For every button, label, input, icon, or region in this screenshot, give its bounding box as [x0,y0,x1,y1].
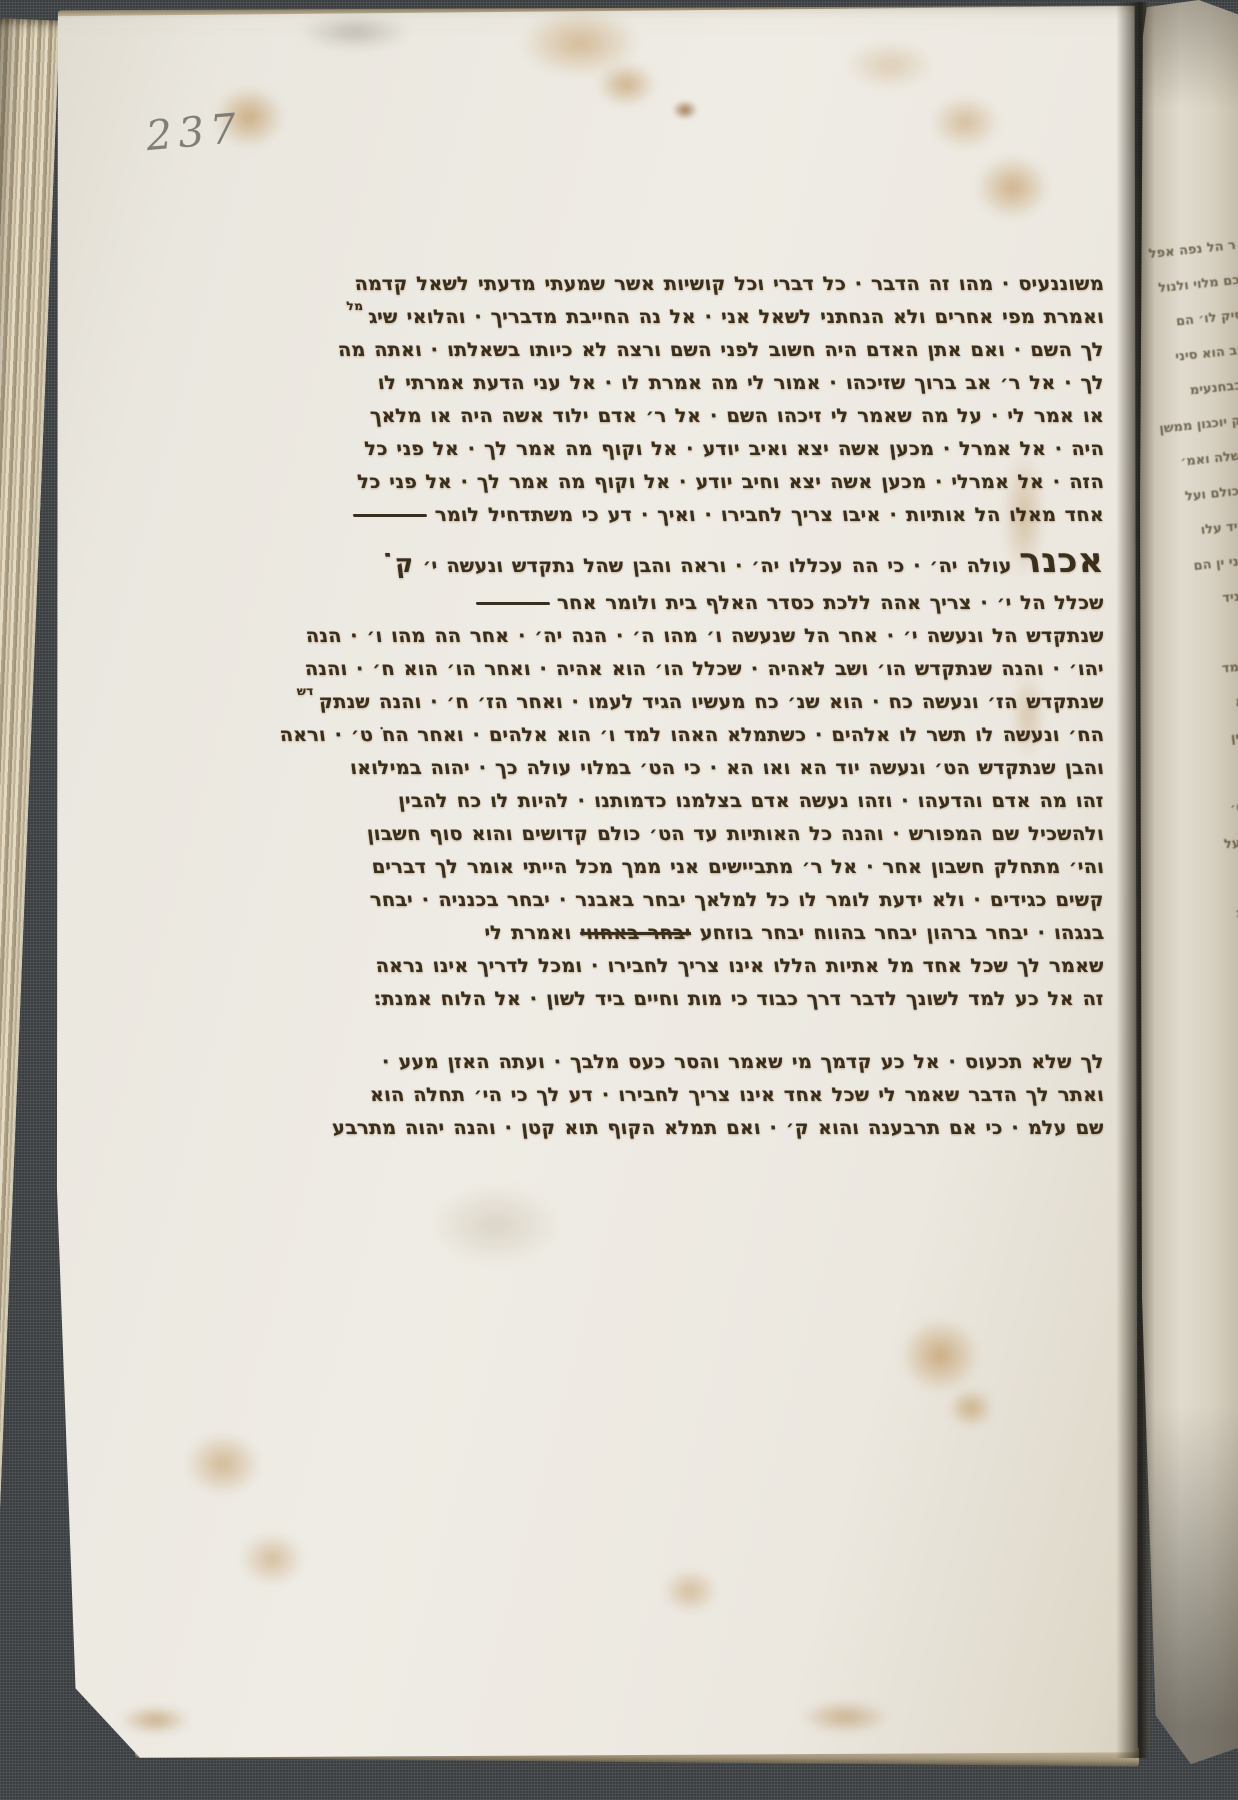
facing-page-text-fragment: נוס ארבע [1227,994,1238,1038]
facing-page-text-fragment: ר הל נפה אפל [1146,228,1237,272]
line-text-segment: הזה · אל אמרלי · מכען אשה יצא וחיב יודע … [356,471,1105,493]
book-fore-edge-pages [0,18,60,1767]
manuscript-page: 237 משוננעיס · מהו זה הדבר · כל דברי וכל… [0,0,1238,1800]
folio-number: 237 [144,104,244,160]
manuscript-line: קשים כגידים · ולא ידעת לומר לו כל למלאך … [360,884,1106,917]
facing-page-text-fragment: וזב הוא סיני [1157,332,1238,376]
manuscript-photo: 237 משוננעיס · מהו זה הדבר · כל דברי וכל… [0,0,1238,1800]
facing-page-text-fragment: למשלה ואמ׳ [1168,437,1238,481]
manuscript-line: והי׳ מתחלק חשבון אחר · אל ר׳ מתביישים אנ… [360,851,1106,884]
line-text-segment: היה · אל אמרל · מכען אשה יצא ואיב יודע ·… [363,438,1105,460]
manuscript-line: שנתקדש הז׳ ונעשה כח · הוא שנ׳ כח מעשיו ה… [360,686,1106,719]
foxing-stain [800,1700,890,1734]
facing-page-text-fragment: בפועד [1187,611,1238,655]
facing-page-text-fragment: הכבחנעימ [1161,367,1238,411]
facing-page-text-fragment: וה יניד עלו [1176,506,1238,550]
manuscript-line: ולהשכיל שם המפורש · והנה כל האותיות עד ה… [360,818,1106,851]
foxing-stain [900,1318,980,1393]
foxing-stain [930,95,1000,150]
line-text-segment: והי׳ מתחלק חשבון אחר · אל ר׳ מתביישים אנ… [370,856,1105,878]
line-text-segment: שנתקדש הל ונעשה י׳ · אחר הל שנעשה ו׳ מהו… [305,625,1106,647]
manuscript-line: אכנר עולה יה׳ · כי הה עכללו יה׳ · וראה ו… [359,537,1107,587]
line-text-segment: שאמר לך שכל אחד מל אתיות הללו אינו צריך … [374,955,1105,977]
line-text-segment: לך · אל ר׳ אב ברוך שזיכהו · אמור לי מה א… [377,372,1106,394]
line-filler-dash [353,514,427,517]
hebrew-text-block: משוננעיס · מהו זה הדבר · כל דברי וכל קוש… [362,268,1104,1145]
foxing-stain [672,100,698,120]
line-text-segment: לך השם · ואם אתן האדם היה חשוב לפני השם … [337,339,1106,361]
line-text-segment: או אמר לי · על מה שאמר לי זיכהו השם · אל… [369,405,1105,427]
line-text-segment: קשים כגידים · ולא ידעת לומר לו כל למלאך … [369,889,1105,911]
line-text-segment: שנתקדש הז׳ ונעשה כח · הוא שנ׳ כח מעשיו ה… [318,691,1106,713]
manuscript-line: שנתקדש הל ונעשה י׳ · אחר הל שנעשה ו׳ מהו… [360,620,1106,653]
manuscript-line: והבן שנתקדש הט׳ ונעשה יוד הא ואו הא · כי… [360,752,1106,785]
manuscript-line: שכלל הל י׳ · צריך אהה ללכת כסדר האלף בית… [360,587,1106,620]
manuscript-line: זהו מה אדם והדעהו · וזהו נעשה אדם בצלמנו… [360,785,1106,818]
facing-page-text-fragment: עב שי וק על [1209,820,1238,864]
line-text-segment: בנגהו · יבחר ברהון יבחר בהווח יבחר בוזחע [690,922,1106,944]
show-through-smudge [430,1185,560,1265]
facing-page-text-fragment: הם כולם ועל [1172,472,1238,516]
line-text-segment: ואמרת לי [483,922,581,944]
facing-page-text-fragment: הור ממנה [1212,855,1238,899]
manuscript-line: משוננעיס · מהו זה הדבר · כל דברי וכל קוש… [360,268,1106,301]
manuscript-line: לך שלא תכעוס · אל כע קדמך מי שאמר והסר כ… [360,1046,1106,1079]
line-text-segment: ואתר לך הדבר שאמר לי שכל אחד אינו צריך ל… [369,1084,1106,1106]
manuscript-line: אחד מאלו הל אותיות · איבו צריך לחבירו · … [360,499,1106,532]
manuscript-line: הח׳ ונעשה לו תשר לו אלהים · כשתמלא האהו … [360,719,1106,752]
manuscript-line: יהו׳ · והנה שנתקדש הו׳ ושב לאהיה · שכלל … [360,653,1106,686]
foxing-stain [845,40,935,90]
facing-page-text-fragment: ועק יוכגון ממשן [1165,402,1238,446]
facing-page-text: ר הל נפה אפלכם מלוי ולנולסיק לו׳ הםוזב ה… [1146,228,1238,1038]
line-text-segment: זה אל כע למד לשונך לדבר דרך כבוד כי מות … [372,988,1105,1010]
manuscript-line: שם עלמ · כי אם תרבענה והוא ק׳ · ואם תמלא… [360,1112,1106,1145]
superscript-correction: מל [346,299,364,313]
manuscript-line: לך השם · ואם אתן האדם היה חשוב לפני השם … [360,334,1106,367]
gray-smudge [300,14,410,50]
line-text-segment: שכלל הל י׳ · צריך אהה ללכת כסדר האלף בית… [556,592,1105,614]
line-text-segment: ולהשכיל שם המפורש · והנה כל האותיות עד ה… [366,823,1106,845]
foxing-stain [662,1568,718,1614]
line-text-segment: שם עלמ · כי אם תרבענה והוא ק׳ · ואם תמלא… [331,1117,1105,1139]
facing-page-text-fragment: במה לומדת [1216,889,1238,933]
facing-page-text-fragment: ט במצא [1194,681,1238,725]
facing-page-text-fragment: וב חשבון [1220,924,1238,968]
line-text-segment: עולה יה׳ · כי הה עכללו יה׳ · וראה והבן ש… [413,555,1022,577]
manuscript-line: זה אל כע למד לשונך לדבר דרך כבוד כי מות … [360,983,1106,1016]
facing-page-text-fragment: מוסר ונוס׳ [1205,785,1238,829]
line-filler-dash [475,602,549,605]
facing-page-text-fragment: והו הבסין [1198,715,1238,759]
facing-page-edge: ר הל נפה אפלכם מלוי ולנולסיק לו׳ הםוזב ה… [1140,0,1238,1800]
line-text-segment: לך שלא תכעוס · אל כע קדמך מי שאמר והסר כ… [381,1051,1105,1073]
line-text-segment: יהו׳ · והנה שנתקדש הו׳ ושב לאהיה · שכלל … [303,658,1105,680]
facing-page-text-fragment: כם מלוי ולנול [1150,263,1238,307]
line-text-segment: יבחר באחווי [579,922,692,944]
foxing-stain [948,1388,994,1428]
facing-page-text-fragment: אל פני ין הם [1179,541,1238,585]
facing-page-text-fragment: ושוכבעף [1201,750,1238,794]
foxing-stain [120,1705,190,1735]
line-text-segment: אחד מאלו הל אותיות · איבו צריך לחבירו · … [434,504,1105,526]
manuscript-line: ואתר לך הדבר שאמר לי שכל אחד אינו צריך ל… [360,1079,1106,1112]
foxing-stain [240,1532,304,1586]
facing-page-text-fragment: בי בעניד [1183,576,1238,620]
line-text-segment: משוננעיס · מהו זה הדבר · כל דברי וכל קוש… [353,273,1105,295]
facing-page-text-fragment: ום׳ מלמד [1190,646,1238,690]
manuscript-line: או אמר לי · על מה שאמר לי זיכהו השם · אל… [360,400,1106,433]
line-text-segment: ק̇ [393,549,415,578]
line-text-segment: הח׳ ונעשה לו תשר לו אלהים · כשתמלא האהו … [278,724,1105,746]
manuscript-line: שאמר לך שכל אחד מל אתיות הללו אינו צריך … [360,950,1106,983]
line-text-segment: זהו מה אדם והדעהו · וזהו נעשה אדם בצלמנו… [397,790,1105,812]
line-text-segment: ואמרת מפי אחרים ולא הנחתני לשאל אני · אל… [367,306,1105,328]
manuscript-line: היה · אל אמרל · מכען אשה יצא ואיב יודע ·… [360,433,1106,466]
manuscript-line: בנגהו · יבחר ברהון יבחר בהווח יבחר בוזחע… [360,917,1106,950]
foxing-stain [596,62,656,107]
manuscript-line: הזה · אל אמרלי · מכען אשה יצא וחיב יודע … [360,466,1106,499]
line-text-segment: אכנר [1018,541,1107,581]
line-text-segment: והבן שנתקדש הט׳ ונעשה יוד הא ואו הא · כי… [349,757,1105,779]
manuscript-line: ואמרת מפי אחרים ולא הנחתני לשאל אני · אל… [360,301,1106,334]
facing-page-text-fragment: סיק לו׳ הם [1154,298,1238,342]
foxing-stain [185,1432,261,1496]
facing-page-text-fragment: ומבטחהו [1223,959,1238,1003]
superscript-correction: דש [296,684,314,698]
foxing-stain [975,155,1050,220]
manuscript-line: לך · אל ר׳ אב ברוך שזיכהו · אמור לי מה א… [360,367,1106,400]
